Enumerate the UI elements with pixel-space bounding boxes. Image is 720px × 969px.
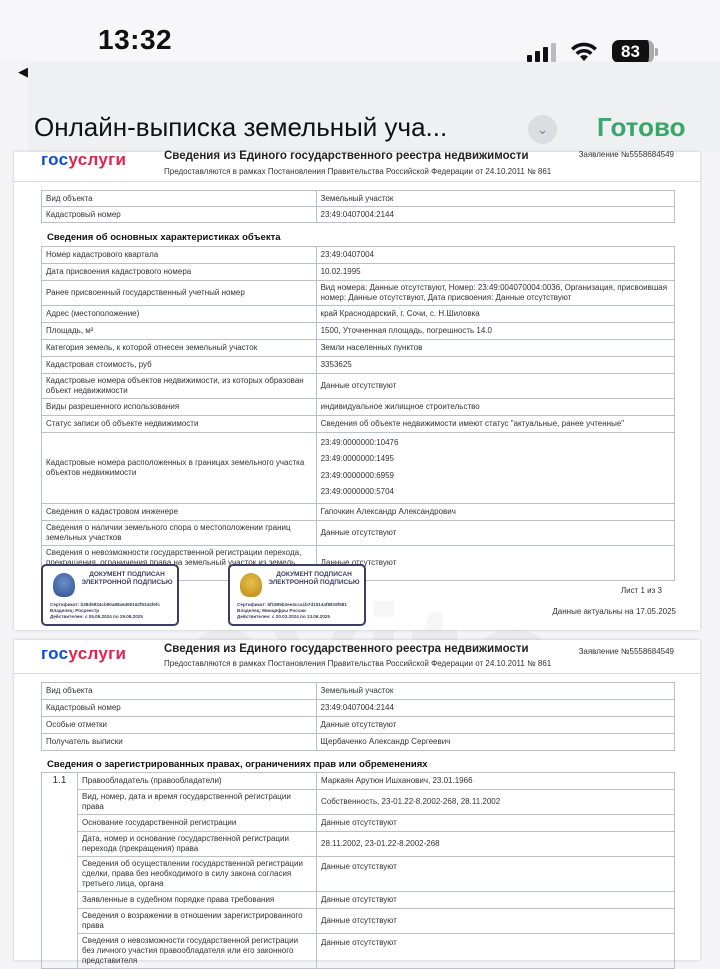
table-value-cell: Данные отсутствуют <box>316 717 674 734</box>
signal-icon <box>527 42 556 62</box>
document-page-1: avito госуслуги Сведения из Единого госу… <box>14 152 700 630</box>
battery-level: 83 <box>612 40 654 63</box>
table-value-cell: Данные отсутствуют <box>317 857 675 892</box>
table-value-cell: Данные отсутствуют <box>316 545 674 580</box>
table-row: Сведения об осуществлении государственно… <box>42 857 675 892</box>
table-row: Сведения о наличии земельного спора о ме… <box>42 520 675 545</box>
table-value-cell: край Краснодарский, г. Сочи, с. Н.Шиловк… <box>316 306 674 323</box>
object-table: Вид объектаЗемельный участок Кадастровый… <box>41 682 675 751</box>
table-key-cell: Номер кадастрового квартала <box>42 247 317 264</box>
chevron-down-icon[interactable]: ⌄ <box>528 115 557 144</box>
table-value-cell: Собственность, 23-01.22-8.2002-268, 28.1… <box>317 790 675 815</box>
table-value-cell: Данные отсутствуют <box>317 934 675 961</box>
table-value-cell: Вид номера: Данные отсутствуют, Номер: 2… <box>316 281 674 306</box>
application-number: Заявление №5558684549 <box>579 150 674 159</box>
table-key-cell: Сведения о наличии земельного спора о ме… <box>42 520 317 545</box>
table-key-cell: Виды разрешенного использования <box>42 399 317 416</box>
rights-number: 1.1 <box>42 773 78 961</box>
table-key-cell: Кадастровые номера расположенных в грани… <box>42 433 317 504</box>
table-row: Основание государственной регистрацииДан… <box>42 815 675 832</box>
application-number: Заявление №5558684549 <box>579 647 674 656</box>
table-key-cell: Дата, номер и основание государственной … <box>78 832 317 857</box>
table-value-cell: Земли населенных пунктов <box>316 340 674 357</box>
header-subtitle: Предоставляются в рамках Постановления П… <box>164 167 551 176</box>
table-value-cell: Земельный участок <box>316 191 674 207</box>
table-row: Кадастровые номера расположенных в грани… <box>42 433 675 504</box>
battery-icon: 83 <box>612 40 658 63</box>
table-key-cell: Кадастровый номер <box>42 207 317 223</box>
table-row: Виды разрешенного использованияиндивидуа… <box>42 399 675 416</box>
table-value-cell: 23:49:0407004 <box>316 247 674 264</box>
table-value-cell: Щербаченко Александр Сергеевич <box>316 734 674 751</box>
table-key-cell: Заявленные в судебном порядке права треб… <box>78 892 317 909</box>
header-title: Сведения из Единого государственного рее… <box>164 643 529 655</box>
table-row: Категория земель, к которой отнесен земе… <box>42 340 675 357</box>
table-key-cell: Дата присвоения кадастрового номера <box>42 264 317 281</box>
table-value-cell: индивидуальное жилищное строительство <box>316 399 674 416</box>
table-value-cell: Маркаян Арутюн Ишханович, 23.01.1966 <box>317 773 675 790</box>
doc-header: госуслуги Сведения из Единого государств… <box>14 152 700 182</box>
table-row: Номер кадастрового квартала23:49:0407004 <box>42 247 675 264</box>
table-value-cell: 23:49:0407004:2144 <box>316 700 674 717</box>
table-row: Сведения о невозможности государственной… <box>42 934 675 961</box>
section-title-rights: Сведения о зарегистрированных правах, ог… <box>47 759 428 770</box>
signature-stamp-mincifry: ДОКУМЕНТ ПОДПИСАН ЭЛЕКТРОННОЙ ПОДПИСЬЮ С… <box>228 564 366 626</box>
table-value-cell: 3353625 <box>316 357 674 374</box>
table-key-cell: Сведения о кадастровом инженере <box>42 503 317 520</box>
signature-stamp-rosreestr: ДОКУМЕНТ ПОДПИСАН ЭЛЕКТРОННОЙ ПОДПИСЬЮ С… <box>41 564 179 626</box>
table-key-cell: Правообладатель (правообладатели) <box>78 773 317 790</box>
table-value-cell: Данные отсутствуют <box>316 374 674 399</box>
table-row: Адрес (местоположение)край Краснодарский… <box>42 306 675 323</box>
located-object: 23:49:0000000:6959 <box>321 468 670 484</box>
located-object: 23:49:0000000:10476 <box>321 435 670 451</box>
actual-date: Данные актуальны на 17.05.2025 <box>552 607 676 616</box>
table-value-cell: 23:49:0407004:2144 <box>316 207 674 223</box>
located-object: 23:49:0000000:1495 <box>321 451 670 467</box>
located-object: 23:49:0000000:5704 <box>321 484 670 500</box>
table-value-cell: Данные отсутствуют <box>316 520 674 545</box>
done-button[interactable]: Готово <box>597 112 685 143</box>
table-value-cell: Гапочкин Александр Александрович <box>316 503 674 520</box>
table-row: Получатель выпискиЩербаченко Александр С… <box>42 734 675 751</box>
table-row: Вид, номер, дата и время государственной… <box>42 790 675 815</box>
table-row: Сведения о кадастровом инженереГапочкин … <box>42 503 675 520</box>
table-key-cell: Кадастровый номер <box>42 700 317 717</box>
table-row: Дата, номер и основание государственной … <box>42 832 675 857</box>
table-row: Заявленные в судебном порядке права треб… <box>42 892 675 909</box>
table-key-cell: Вид объекта <box>42 191 317 207</box>
table-key-cell: Категория земель, к которой отнесен земе… <box>42 340 317 357</box>
table-value-cell: 10.02.1995 <box>316 264 674 281</box>
table-key-cell: Сведения об осуществлении государственно… <box>78 857 317 892</box>
clock: 13:32 <box>98 24 172 56</box>
table-value-cell: Земельный участок <box>316 683 674 700</box>
table-row: Ранее присвоенный государственный учетны… <box>42 281 675 306</box>
document-title: Онлайн-выписка земельный уча... <box>34 112 447 143</box>
section-title-characteristics: Сведения об основных характеристиках объ… <box>47 232 281 243</box>
rights-table: 1.1 Правообладатель (правообладатели)Мар… <box>41 772 675 960</box>
gosuslugi-logo: госуслуги <box>41 644 126 664</box>
table-row: Вид объектаЗемельный участок <box>42 683 675 700</box>
table-row: Кадастровый номер23:49:0407004:2144 <box>42 207 675 223</box>
table-value-cell: Сведения об объекте недвижимости имеют с… <box>316 416 674 433</box>
rosreestr-emblem-icon <box>53 573 75 597</box>
table-key-cell: Кадастровые номера объектов недвижимости… <box>42 374 317 399</box>
table-row: 1.1 Правообладатель (правообладатели)Мар… <box>42 773 675 790</box>
table-row: Статус записи об объекте недвижимостиСве… <box>42 416 675 433</box>
table-value-cell: Данные отсутствуют <box>317 892 675 909</box>
table-key-cell: Получатель выписки <box>42 734 317 751</box>
table-key-cell: Вид объекта <box>42 683 317 700</box>
table-row: Дата присвоения кадастрового номера10.02… <box>42 264 675 281</box>
table-key-cell: Вид, номер, дата и время государственной… <box>78 790 317 815</box>
table-row: Сведения о возражении в отношении зареги… <box>42 909 675 934</box>
table-row: Кадастровая стоимость, руб3353625 <box>42 357 675 374</box>
header-subtitle: Предоставляются в рамках Постановления П… <box>164 659 551 668</box>
table-value-cell: 1500, Уточненная площадь, погрешность 14… <box>316 323 674 340</box>
table-key-cell: Сведения о невозможности государственной… <box>78 934 317 961</box>
table-key-cell: Кадастровая стоимость, руб <box>42 357 317 374</box>
table-key-cell: Площадь, м² <box>42 323 317 340</box>
table-row: Кадастровые номера объектов недвижимости… <box>42 374 675 399</box>
back-triangle-icon: ◀ <box>18 64 28 80</box>
table-value-cell: Данные отсутствуют <box>317 909 675 934</box>
table-key-cell: Особые отметки <box>42 717 317 734</box>
document-page-2: госуслуги Сведения из Единого государств… <box>14 640 700 960</box>
table-value-cell: 28.11.2002, 23-01.22-8.2002-268 <box>317 832 675 857</box>
table-key-cell: Основание государственной регистрации <box>78 815 317 832</box>
table-key-cell: Сведения о возражении в отношении зареги… <box>78 909 317 934</box>
table-value-cell: 23:49:0000000:10476 23:49:0000000:1495 2… <box>316 433 674 504</box>
table-row: Кадастровый номер23:49:0407004:2144 <box>42 700 675 717</box>
russia-emblem-icon <box>240 573 262 597</box>
sheet-number: Лист 1 из 3 <box>621 586 662 595</box>
doc-header: госуслуги Сведения из Единого государств… <box>14 640 700 674</box>
wifi-icon <box>570 42 598 62</box>
system-icons: 83 <box>527 40 658 63</box>
table-key-cell: Ранее присвоенный государственный учетны… <box>42 281 317 306</box>
table-row: Площадь, м²1500, Уточненная площадь, пог… <box>42 323 675 340</box>
characteristics-table: Номер кадастрового квартала23:49:0407004… <box>41 246 675 581</box>
object-table: Вид объектаЗемельный участок Кадастровый… <box>41 190 675 223</box>
table-row: Вид объектаЗемельный участок <box>42 191 675 207</box>
header-title: Сведения из Единого государственного рее… <box>164 150 529 162</box>
gosuslugi-logo: госуслуги <box>41 150 126 170</box>
table-key-cell: Адрес (местоположение) <box>42 306 317 323</box>
table-row: Особые отметкиДанные отсутствуют <box>42 717 675 734</box>
table-value-cell: Данные отсутствуют <box>317 815 675 832</box>
table-key-cell: Статус записи об объекте недвижимости <box>42 416 317 433</box>
